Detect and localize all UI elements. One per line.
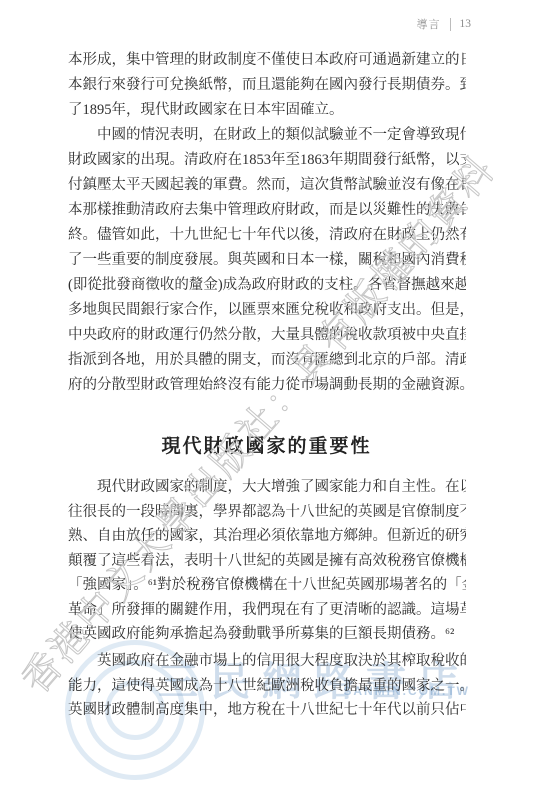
book-page: 導言 13 三民網路書店 SANMIN.COM.TW 本形成，集中管理的財政制度… <box>0 0 533 800</box>
section-heading: 現代財政國家的重要性 <box>0 431 533 458</box>
paragraph-block-3: 英國政府在金融市場上的信用很大程度取決於其榨取稅收的 能力，這使得英國成為十八世… <box>68 649 466 723</box>
body-line: 能力，這使得英國成為十八世紀歐洲稅收負擔最重的國家之一。⁶³ <box>68 674 466 699</box>
running-header-section: 導言 <box>417 16 441 32</box>
paragraph-block-2: 現代財政國家的制度，大大增強了國家能力和自主性。在以 往很長的一段時間裏，學界都… <box>68 475 466 647</box>
body-line: 府的分散型財政管理始終沒有能力從市場調動長期的金融資源。 <box>68 373 466 398</box>
body-line: 本銀行來發行可兌換紙幣，而且還能夠在國內發行長期債券。到 <box>68 73 466 98</box>
body-line: 革命」所發揮的關鍵作用，我們現在有了更清晰的認識。這場革命 <box>68 598 466 623</box>
body-line: 付鎮壓太平天國起義的軍費。然而，這次貨幣試驗並沒有像在日 <box>68 173 466 198</box>
body-line: (即從批發商徵收的釐金)成為政府財政的支柱。各省督撫越來越 <box>68 273 466 298</box>
body-line: 本形成，集中管理的財政制度不僅使日本政府可通過新建立的日 <box>68 48 466 73</box>
body-line: 了一些重要的制度發展。與英國和日本一樣，關稅和國內消費稅 <box>68 248 466 273</box>
body-line: 中國的情況表明，在財政上的類似試驗並不一定會導致現代 <box>68 123 466 148</box>
body-line: 英國財政體制高度集中，地方稅在十八世紀七十年代以前只佔中 <box>68 698 466 723</box>
page-number: 13 <box>460 18 472 30</box>
body-line: 使英國政府能夠承擔起為發動戰爭所募集的巨額長期債務。⁶² <box>68 622 466 647</box>
body-line: 顛覆了這些看法，表明十八世紀的英國是擁有高效稅務官僚機構的 <box>68 549 466 574</box>
body-line: 財政國家的出現。清政府在1853年至1863年期間發行紙幣，以支 <box>68 148 466 173</box>
body-line: 現代財政國家的制度，大大增強了國家能力和自主性。在以 <box>68 475 466 500</box>
running-header: 導言 13 <box>417 16 472 32</box>
body-line: 往很長的一段時間裏，學界都認為十八世紀的英國是官僚制度不成 <box>68 500 466 525</box>
body-line: 了1895年，現代財政國家在日本牢固確立。 <box>68 98 466 123</box>
body-line: 指派到各地，用於具體的開支，而沒有匯總到北京的戶部。清政 <box>68 348 466 373</box>
body-line: 多地與民間銀行家合作，以匯票來匯兌稅收和政府支出。但是， <box>68 298 466 323</box>
body-line: 終。儘管如此，十九世紀七十年代以後，清政府在財政上仍然有 <box>68 223 466 248</box>
body-line: 「強國家」。⁶¹對於稅務官僚機構在十八世紀英國那場著名的「金融 <box>68 573 466 598</box>
running-header-divider <box>450 18 451 31</box>
paragraph-block-1: 本形成，集中管理的財政制度不僅使日本政府可通過新建立的日 本銀行來發行可兌換紙幣… <box>68 48 466 398</box>
body-line: 熟、自由放任的國家，其治理必須依靠地方鄉紳。但新近的研究 <box>68 524 466 549</box>
body-line: 本那樣推動清政府去集中管理政府財政，而是以災難性的失敗告 <box>68 198 466 223</box>
body-line: 中央政府的財政運行仍然分散，大量具體的稅收款項被中央直接 <box>68 323 466 348</box>
body-line: 英國政府在金融市場上的信用很大程度取決於其榨取稅收的 <box>68 649 466 674</box>
